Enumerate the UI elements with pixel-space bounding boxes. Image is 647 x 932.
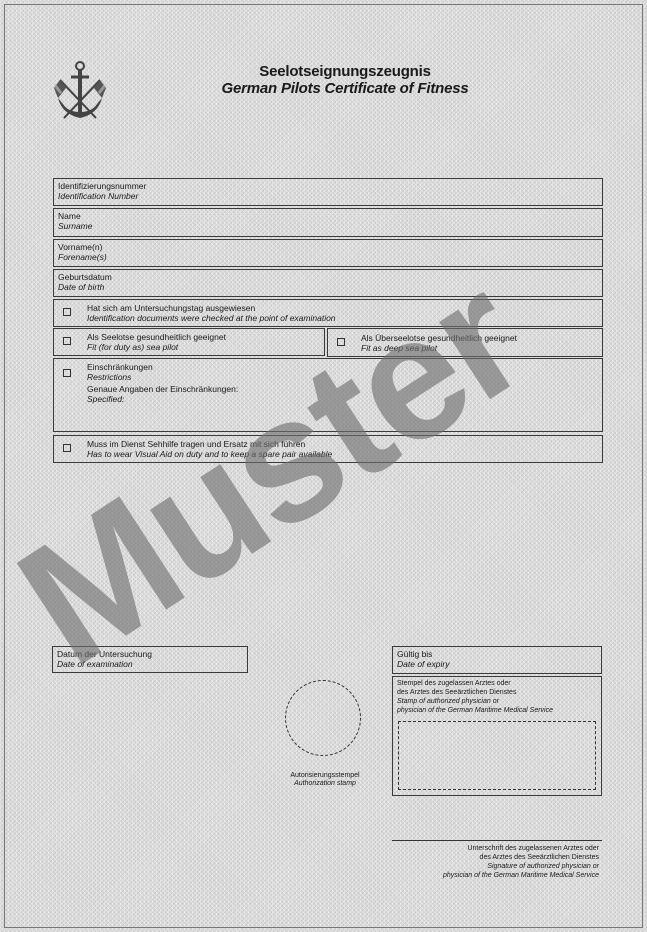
visual-aid-row: Muss im Dienst Sehhilfe tragen und Ersat… (53, 435, 603, 463)
forename-label-de: Vorname(n) (58, 242, 598, 252)
restrictions-label-de: Einschränkungen (87, 362, 238, 372)
signature-line[interactable] (392, 840, 602, 841)
visual-aid-checkbox[interactable] (63, 444, 71, 452)
forename-label-en: Forename(s) (58, 252, 598, 262)
sea-pilot-label-de: Als Seelotse gesundheitlich geeignet (87, 332, 226, 342)
physician-stamp-label-de-1: Stempel des zugelassen Arztes oder (397, 680, 597, 689)
surname-label-de: Name (58, 211, 598, 221)
surname-label-en: Surname (58, 221, 598, 231)
authorization-stamp-circle (285, 680, 361, 756)
expiry-date-field[interactable]: Gültig bis Date of expiry (392, 646, 602, 674)
signature-label-de-2: des Arztes des Seeärztlichen Dienstes (392, 853, 599, 862)
visual-aid-label-en: Has to wear Visual Aid on duty and to ke… (87, 449, 332, 459)
sea-pilot-checkbox[interactable] (63, 337, 71, 345)
physician-stamp-label-en-1: Stamp of authorized physician or (397, 698, 597, 707)
id-checked-row: Hat sich am Untersuchungstag ausgewiesen… (53, 299, 603, 327)
exam-date-field[interactable]: Datum der Untersuchung Date of examinati… (52, 646, 248, 673)
deep-sea-pilot-checkbox[interactable] (337, 338, 345, 346)
id-number-label-de: Identifizierungsnummer (58, 181, 598, 191)
id-checked-label-en: Identification documents were checked at… (87, 313, 336, 323)
restrictions-row: Einschränkungen Restrictions Genaue Anga… (53, 358, 603, 432)
id-number-field[interactable]: Identifizierungsnummer Identification Nu… (53, 178, 603, 206)
title-german: Seelotseignungszeugnis (170, 63, 520, 80)
expiry-label-en: Date of expiry (397, 659, 597, 669)
id-checked-checkbox[interactable] (63, 308, 71, 316)
deep-sea-pilot-row: Als Überseelotse gesundheitlich geeignet… (327, 328, 603, 357)
restrictions-checkbox[interactable] (63, 369, 71, 377)
birth-date-field[interactable]: Geburtsdatum Date of birth (53, 269, 603, 297)
restrictions-label-en: Restrictions (87, 372, 238, 382)
signature-label-de-1: Unterschrift des zugelassenen Arztes ode… (392, 844, 599, 853)
restrictions-specified-label-de: Genaue Angaben der Einschränkungen: (87, 384, 238, 394)
auth-stamp-label-en: Authorization stamp (260, 780, 390, 788)
id-checked-label-de: Hat sich am Untersuchungstag ausgewiesen (87, 303, 336, 313)
deep-sea-pilot-label-de: Als Überseelotse gesundheitlich geeignet (361, 333, 517, 343)
birth-date-label-en: Date of birth (58, 282, 598, 292)
surname-field[interactable]: Name Surname (53, 208, 603, 237)
signature-label-en-2: physician of the German Maritime Medical… (392, 871, 599, 880)
anchor-flags-logo-icon (52, 60, 108, 122)
physician-stamp-label-de-2: des Arztes des Seeärztlichen Dienstes (397, 689, 597, 698)
deep-sea-pilot-label-en: Fit as deep sea pilot (361, 343, 517, 353)
signature-label-en-1: Signature of authorized physician or (392, 862, 599, 871)
sea-pilot-row: Als Seelotse gesundheitlich geeignet Fit… (53, 328, 325, 356)
auth-stamp-label-de: Autorisierungsstempel (260, 772, 390, 780)
title-english: German Pilots Certificate of Fitness (170, 80, 520, 97)
physician-stamp-area (398, 721, 596, 790)
id-number-label-en: Identification Number (58, 191, 598, 201)
signature-caption: Unterschrift des zugelassenen Arztes ode… (392, 844, 599, 880)
expiry-label-de: Gültig bis (397, 649, 597, 659)
exam-date-label-en: Date of examination (57, 659, 243, 669)
exam-date-label-de: Datum der Untersuchung (57, 649, 243, 659)
birth-date-label-de: Geburtsdatum (58, 272, 598, 282)
forename-field[interactable]: Vorname(n) Forename(s) (53, 239, 603, 267)
physician-stamp-label-en-2: physician of the German Maritime Medical… (397, 707, 597, 716)
visual-aid-label-de: Muss im Dienst Sehhilfe tragen und Ersat… (87, 439, 332, 449)
physician-stamp-box: Stempel des zugelassen Arztes oder des A… (392, 676, 602, 796)
restrictions-specified-label-en: Specified: (87, 394, 238, 404)
sea-pilot-label-en: Fit (for duty as) sea pilot (87, 342, 226, 352)
